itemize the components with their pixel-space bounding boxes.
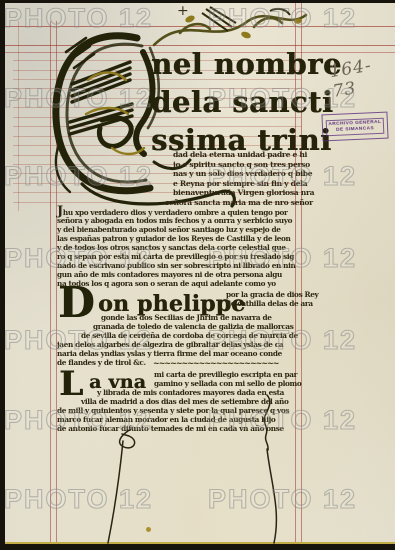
ruled-line	[50, 21, 51, 542]
cross-mark: +	[177, 3, 189, 19]
parchment-page: nel nombre dela sancti ssima trini dad d…	[5, 3, 395, 544]
ruled-line	[5, 45, 395, 46]
text-line: e Reyna por siempre sin fin y dela	[173, 180, 307, 189]
text-line: dad dela eterna unidad padre e hi	[173, 151, 307, 160]
text-line: señora sancta maria ma de nro señor	[165, 199, 313, 208]
text-line: de antonio fucar difunto temades de mi e…	[57, 425, 284, 434]
text-line: bienaventurada Virgen gloriosa nra	[173, 189, 314, 198]
text-line: de cathilla delas de ara	[226, 300, 313, 309]
initial-letter-D: D	[58, 286, 94, 320]
ruled-line	[18, 21, 19, 211]
ruled-line	[5, 26, 395, 27]
text-line: jo e spiritu sancto q son tres perso	[173, 161, 310, 170]
floral-sprig-ornament	[150, 5, 310, 53]
archive-stamp: ARCHIVO GENERAL DE SIMANCAS	[321, 112, 388, 142]
ruled-line	[301, 3, 302, 542]
initial-letter-L: L	[59, 367, 83, 401]
heading-line: dela sancti	[151, 85, 333, 119]
manuscript-photo: nel nombre dela sancti ssima trini dad d…	[0, 0, 395, 550]
ruled-line	[295, 3, 296, 542]
ink-spot	[146, 527, 151, 532]
catalog-number-annotation: 164-73	[328, 52, 395, 102]
heading-line: nel nombre	[151, 47, 342, 81]
line-filler-ornament: ~~~~~~~~~~~~~~~~~~~~~~	[153, 358, 278, 368]
text-line: nas y un solo dios verdadero q bibe	[173, 170, 312, 179]
